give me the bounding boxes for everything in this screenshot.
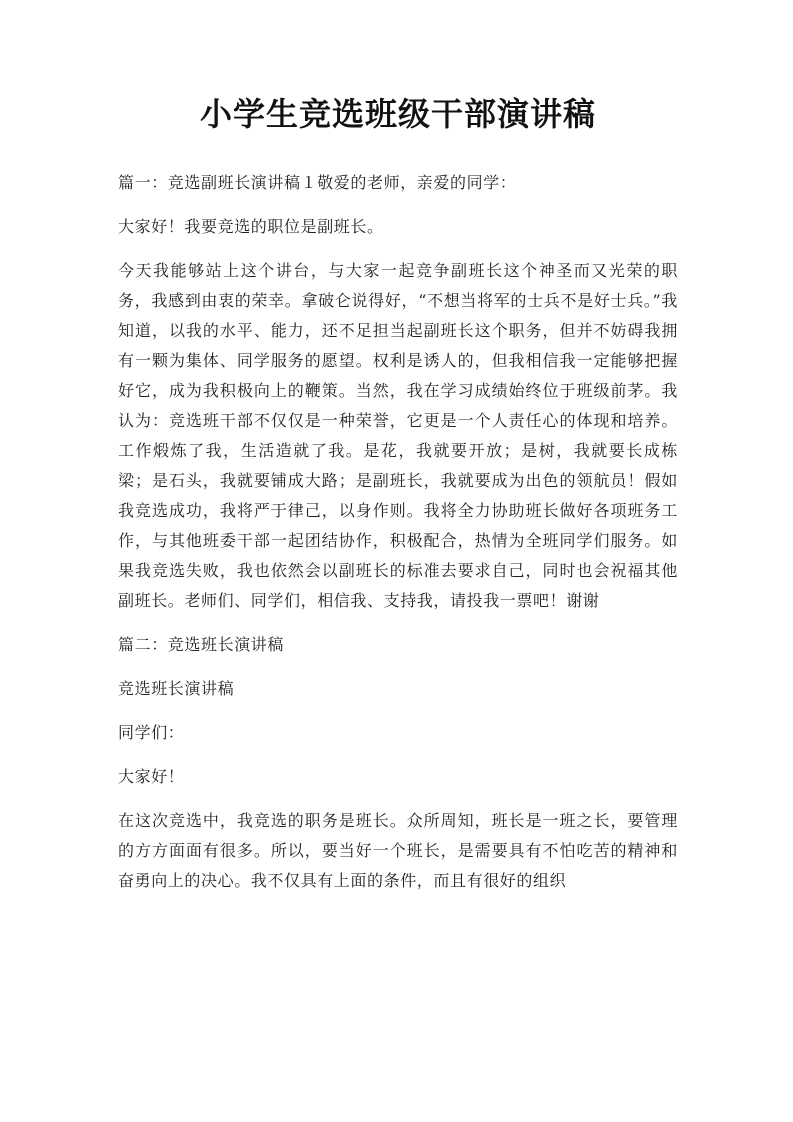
paragraph-section-one-heading: 篇一：竞选副班长演讲稿１敬爱的老师，亲爱的同学： — [118, 168, 678, 198]
paragraph-greeting-two: 大家好！ — [118, 762, 678, 792]
document-title: 小学生竞选班级干部演讲稿 — [118, 94, 678, 134]
paragraph-salutation: 同学们： — [118, 718, 678, 748]
paragraph-speech-title: 竞选班长演讲稿 — [118, 674, 678, 704]
document-body: 篇一：竞选副班长演讲稿１敬爱的老师，亲爱的同学： 大家好！我要竞选的职位是副班长… — [118, 168, 678, 910]
paragraph-greeting: 大家好！我要竞选的职位是副班长。 — [118, 212, 678, 242]
paragraph-speech-body: 今天我能够站上这个讲台，与大家一起竞争副班长这个神圣而又光荣的职务，我感到由衷的… — [118, 256, 678, 616]
paragraph-speech-body-two: 在这次竞选中，我竞选的职务是班长。众所周知，班长是一班之长，要管理的方方面面有很… — [118, 806, 678, 896]
paragraph-section-two-heading: 篇二：竞选班长演讲稿 — [118, 630, 678, 660]
